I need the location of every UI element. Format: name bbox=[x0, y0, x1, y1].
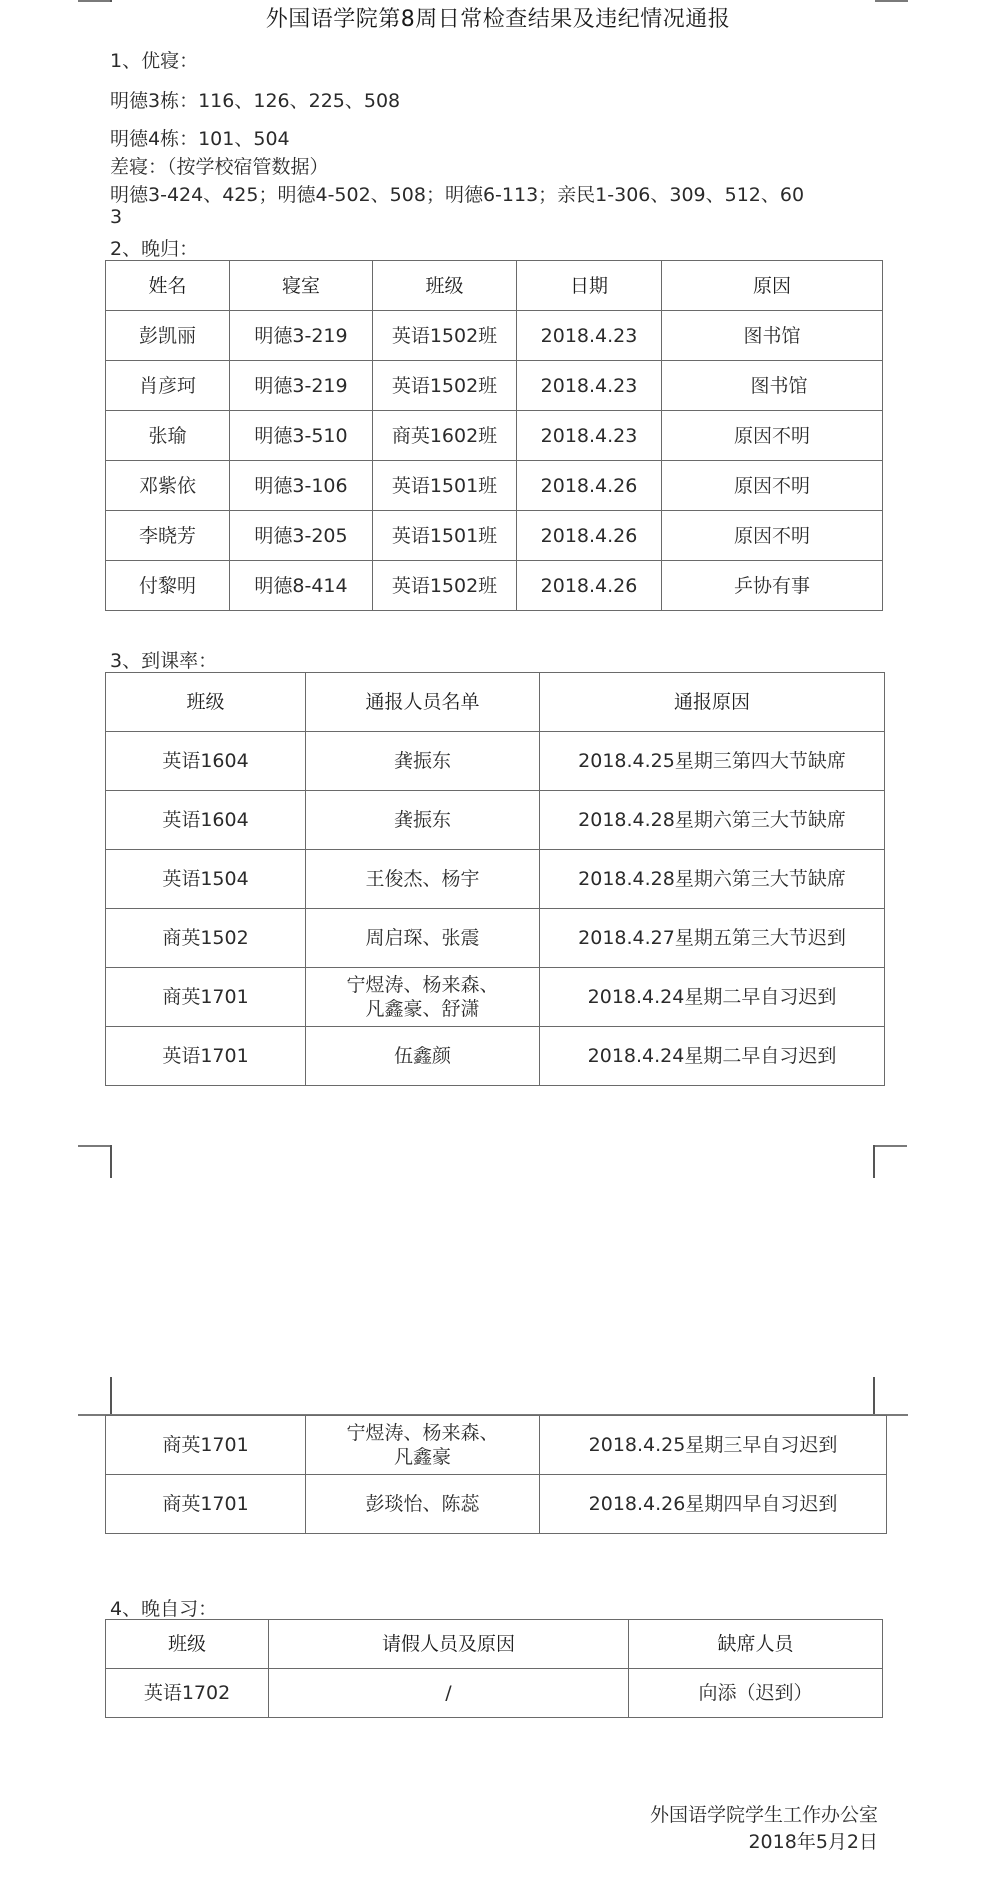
table-row: 英语1504 王俊杰、杨宇 2018.4.28星期六第三大节缺席 bbox=[106, 850, 885, 909]
column-header: 日期 bbox=[517, 261, 662, 311]
cell-date: 2018.4.26 bbox=[517, 461, 662, 511]
attendance-table: 班级 通报人员名单 通报原因 英语1604 龚振东 2018.4.25星期三第四… bbox=[105, 672, 885, 1086]
column-header: 班级 bbox=[373, 261, 517, 311]
cell-name: 彭凯丽 bbox=[106, 311, 230, 361]
cell-dorm: 明德8-414 bbox=[230, 561, 373, 611]
table-row: 付黎明 明德8-414 英语1502班 2018.4.26 乒协有事 bbox=[106, 561, 883, 611]
table-header-row: 班级 通报人员名单 通报原因 bbox=[106, 673, 885, 732]
column-header: 通报原因 bbox=[540, 673, 885, 732]
column-header: 请假人员及原因 bbox=[269, 1620, 629, 1669]
table-row: 商英1701 宁煜涛、杨来森、 凡鑫豪 2018.4.25星期三早自习迟到 bbox=[106, 1416, 887, 1475]
table-row: 肖彦珂 明德3-219 英语1502班 2018.4.23 图书馆 bbox=[106, 361, 883, 411]
cell-class: 商英1701 bbox=[106, 1416, 306, 1475]
good-dorm-line-1: 明德3栋：116、126、225、508 bbox=[110, 86, 400, 113]
cell-reason: 图书馆 bbox=[662, 361, 883, 411]
cell-date: 2018.4.23 bbox=[517, 311, 662, 361]
cell-reason: 2018.4.24星期二早自习迟到 bbox=[540, 968, 885, 1027]
cell-people: 周启琛、张震 bbox=[306, 909, 540, 968]
cell-date: 2018.4.23 bbox=[517, 411, 662, 461]
document-title: 外国语学院第8周日常检查结果及违纪情况通报 bbox=[0, 2, 996, 33]
cell-people: 龚振东 bbox=[306, 791, 540, 850]
column-header: 寝室 bbox=[230, 261, 373, 311]
table-row: 商英1502 周启琛、张震 2018.4.27星期五第三大节迟到 bbox=[106, 909, 885, 968]
page-corner-mark-bottom-left bbox=[78, 1145, 112, 1147]
attendance-table-continued: 商英1701 宁煜涛、杨来森、 凡鑫豪 2018.4.25星期三早自习迟到 商英… bbox=[105, 1415, 887, 1534]
cell-class: 英语1501班 bbox=[373, 461, 517, 511]
signature-office: 外国语学院学生工作办公室 bbox=[650, 1800, 878, 1827]
cell-date: 2018.4.26 bbox=[517, 511, 662, 561]
section3-heading: 3、到课率： bbox=[110, 646, 217, 673]
cell-class: 商英1502 bbox=[106, 909, 306, 968]
cell-people: 王俊杰、杨宇 bbox=[306, 850, 540, 909]
cell-class: 英语1702 bbox=[106, 1669, 269, 1718]
cell-reason: 2018.4.25星期三早自习迟到 bbox=[540, 1416, 887, 1475]
signature-date: 2018年5月2日 bbox=[748, 1827, 878, 1854]
cell-name: 肖彦珂 bbox=[106, 361, 230, 411]
cell-reason: 原因不明 bbox=[662, 511, 883, 561]
cell-absent: 向添（迟到） bbox=[629, 1669, 883, 1718]
table-header-row: 班级 请假人员及原因 缺席人员 bbox=[106, 1620, 883, 1669]
cell-class: 英语1502班 bbox=[373, 561, 517, 611]
column-header: 班级 bbox=[106, 673, 306, 732]
bad-dorm-line-2: 3 bbox=[110, 206, 122, 228]
cell-class: 商英1701 bbox=[106, 968, 306, 1027]
section4-heading: 4、晚自习： bbox=[110, 1594, 217, 1621]
cell-reason: 2018.4.24星期二早自习迟到 bbox=[540, 1027, 885, 1086]
cell-class: 英语1604 bbox=[106, 732, 306, 791]
table-row: 张瑜 明德3-510 商英1602班 2018.4.23 原因不明 bbox=[106, 411, 883, 461]
cell-reason: 原因不明 bbox=[662, 411, 883, 461]
cell-class: 商英1602班 bbox=[373, 411, 517, 461]
column-header: 缺席人员 bbox=[629, 1620, 883, 1669]
cell-reason: 2018.4.28星期六第三大节缺席 bbox=[540, 791, 885, 850]
cell-name: 李晓芳 bbox=[106, 511, 230, 561]
column-header: 原因 bbox=[662, 261, 883, 311]
page-corner-mark-bottom-right-v bbox=[873, 1145, 875, 1178]
cell-class: 英语1604 bbox=[106, 791, 306, 850]
cell-reason: 2018.4.27星期五第三大节迟到 bbox=[540, 909, 885, 968]
cell-name: 张瑜 bbox=[106, 411, 230, 461]
good-dorm-line-2: 明德4栋：101、504 bbox=[110, 124, 290, 151]
cell-name: 付黎明 bbox=[106, 561, 230, 611]
cell-reason: 2018.4.25星期三第四大节缺席 bbox=[540, 732, 885, 791]
cell-reason: 乒协有事 bbox=[662, 561, 883, 611]
table-row: 邓紫依 明德3-106 英语1501班 2018.4.26 原因不明 bbox=[106, 461, 883, 511]
column-header: 姓名 bbox=[106, 261, 230, 311]
cell-people: 宁煜涛、杨来森、 凡鑫豪 bbox=[306, 1416, 540, 1475]
table-row: 商英1701 宁煜涛、杨来森、 凡鑫豪、舒潇 2018.4.24星期二早自习迟到 bbox=[106, 968, 885, 1027]
cell-reason: 2018.4.28星期六第三大节缺席 bbox=[540, 850, 885, 909]
cell-date: 2018.4.23 bbox=[517, 361, 662, 411]
page-corner-mark-next-right-v bbox=[873, 1377, 875, 1415]
cell-people: 伍鑫颜 bbox=[306, 1027, 540, 1086]
cell-dorm: 明德3-510 bbox=[230, 411, 373, 461]
column-header: 通报人员名单 bbox=[306, 673, 540, 732]
table-row: 英语1702 / 向添（迟到） bbox=[106, 1669, 883, 1718]
table-row: 商英1701 彭琰怡、陈蕊 2018.4.26星期四早自习迟到 bbox=[106, 1475, 887, 1534]
cell-dorm: 明德3-205 bbox=[230, 511, 373, 561]
cell-dorm: 明德3-219 bbox=[230, 311, 373, 361]
table-header-row: 姓名 寝室 班级 日期 原因 bbox=[106, 261, 883, 311]
bad-dorm-line-1: 明德3-424、425；明德4-502、508；明德6-113；亲民1-306、… bbox=[110, 180, 804, 207]
table-row: 李晓芳 明德3-205 英语1501班 2018.4.26 原因不明 bbox=[106, 511, 883, 561]
table-row: 彭凯丽 明德3-219 英语1502班 2018.4.23 图书馆 bbox=[106, 311, 883, 361]
page-corner-mark-bottom-right bbox=[873, 1145, 907, 1147]
cell-dorm: 明德3-106 bbox=[230, 461, 373, 511]
cell-class: 英语1504 bbox=[106, 850, 306, 909]
cell-people: 彭琰怡、陈蕊 bbox=[306, 1475, 540, 1534]
page-corner-mark-bottom-left-v bbox=[110, 1145, 112, 1178]
cell-class: 英语1502班 bbox=[373, 311, 517, 361]
section2-heading: 2、晚归： bbox=[110, 234, 198, 261]
table-row: 英语1604 龚振东 2018.4.28星期六第三大节缺席 bbox=[106, 791, 885, 850]
section1-heading: 1、优寝： bbox=[110, 46, 198, 73]
cell-reason: 图书馆 bbox=[662, 311, 883, 361]
cell-leave: / bbox=[269, 1669, 629, 1718]
table-row: 英语1701 伍鑫颜 2018.4.24星期二早自习迟到 bbox=[106, 1027, 885, 1086]
page-corner-mark-next-left-v bbox=[110, 1377, 112, 1415]
cell-name: 邓紫依 bbox=[106, 461, 230, 511]
cell-date: 2018.4.26 bbox=[517, 561, 662, 611]
evening-study-table: 班级 请假人员及原因 缺席人员 英语1702 / 向添（迟到） bbox=[105, 1619, 883, 1718]
cell-people: 龚振东 bbox=[306, 732, 540, 791]
cell-people: 宁煜涛、杨来森、 凡鑫豪、舒潇 bbox=[306, 968, 540, 1027]
cell-class: 商英1701 bbox=[106, 1475, 306, 1534]
late-return-table: 姓名 寝室 班级 日期 原因 彭凯丽 明德3-219 英语1502班 2018.… bbox=[105, 260, 883, 611]
column-header: 班级 bbox=[106, 1620, 269, 1669]
cell-class: 英语1501班 bbox=[373, 511, 517, 561]
cell-reason: 原因不明 bbox=[662, 461, 883, 511]
cell-class: 英语1701 bbox=[106, 1027, 306, 1086]
bad-dorm-heading: 差寝：（按学校宿管数据） bbox=[110, 152, 329, 179]
cell-reason: 2018.4.26星期四早自习迟到 bbox=[540, 1475, 887, 1534]
cell-class: 英语1502班 bbox=[373, 361, 517, 411]
cell-dorm: 明德3-219 bbox=[230, 361, 373, 411]
table-row: 英语1604 龚振东 2018.4.25星期三第四大节缺席 bbox=[106, 732, 885, 791]
